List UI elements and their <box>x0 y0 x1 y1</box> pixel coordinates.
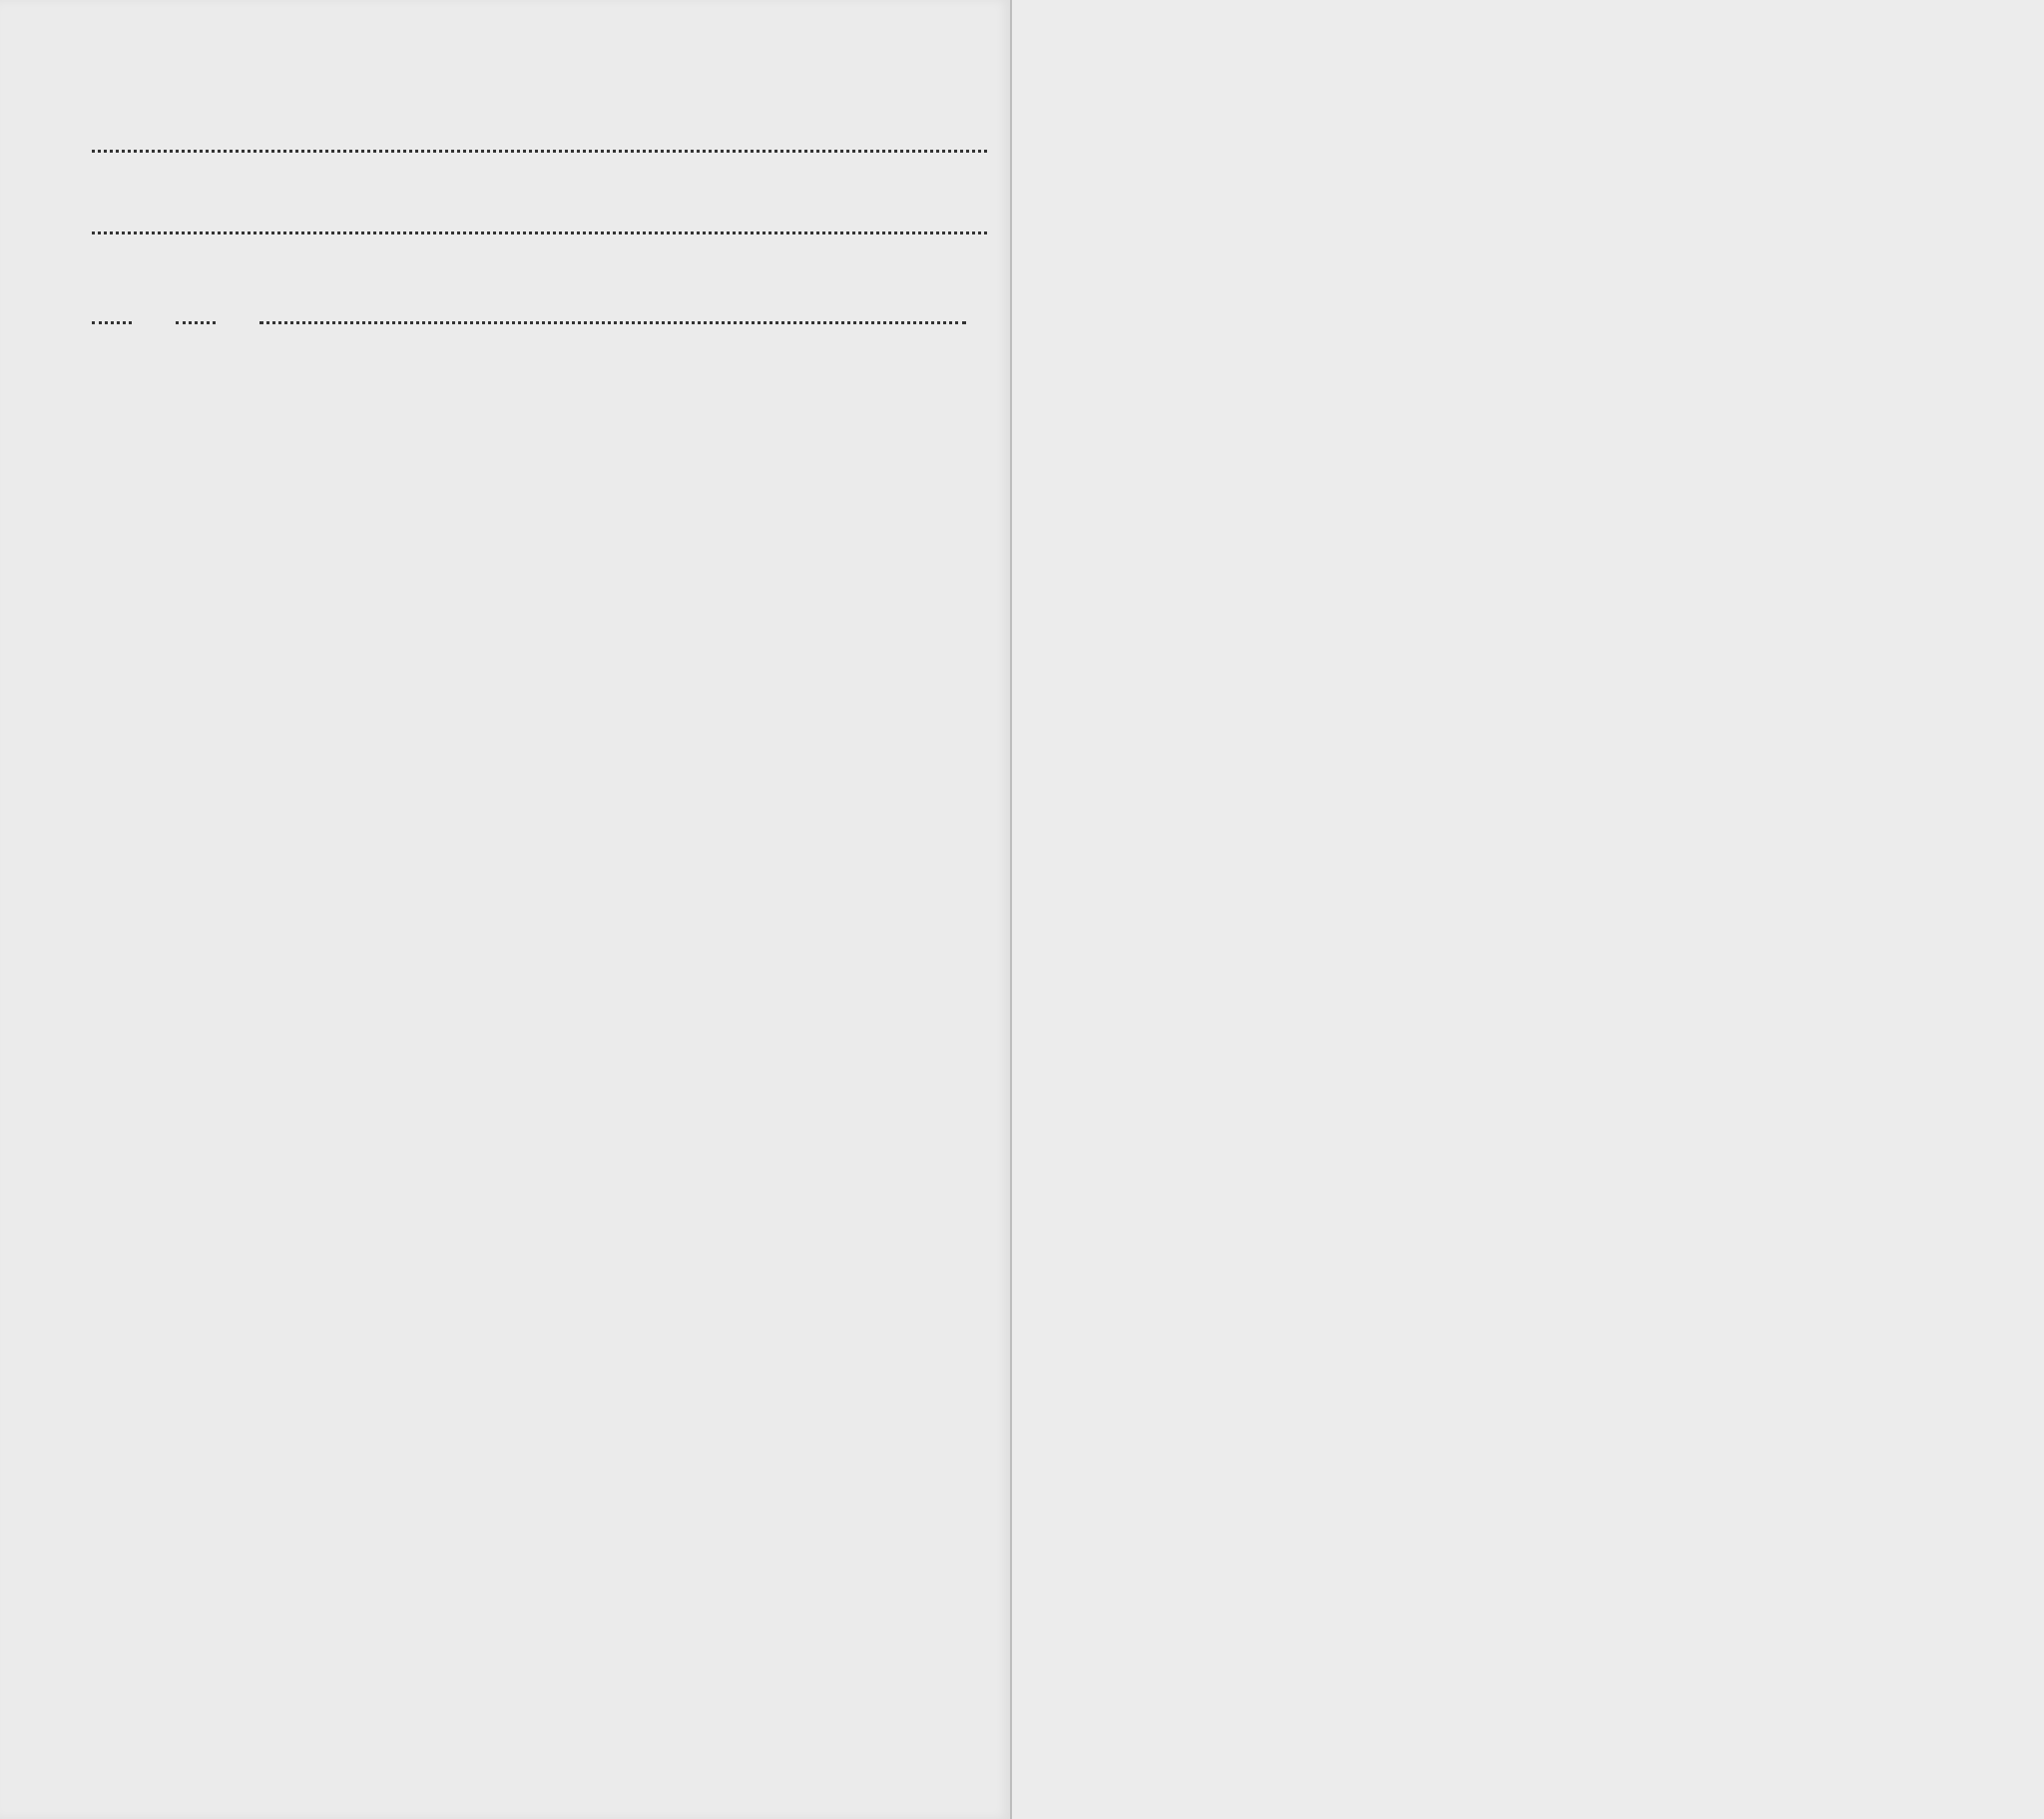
menu-page-right <box>1012 0 2044 1819</box>
dinner-dishes-section <box>36 916 989 918</box>
menu-item <box>36 231 989 240</box>
menu-item <box>36 321 989 330</box>
thai-curry-section <box>36 58 989 60</box>
menu-page-left <box>0 0 1012 1819</box>
menu-item <box>36 150 989 159</box>
